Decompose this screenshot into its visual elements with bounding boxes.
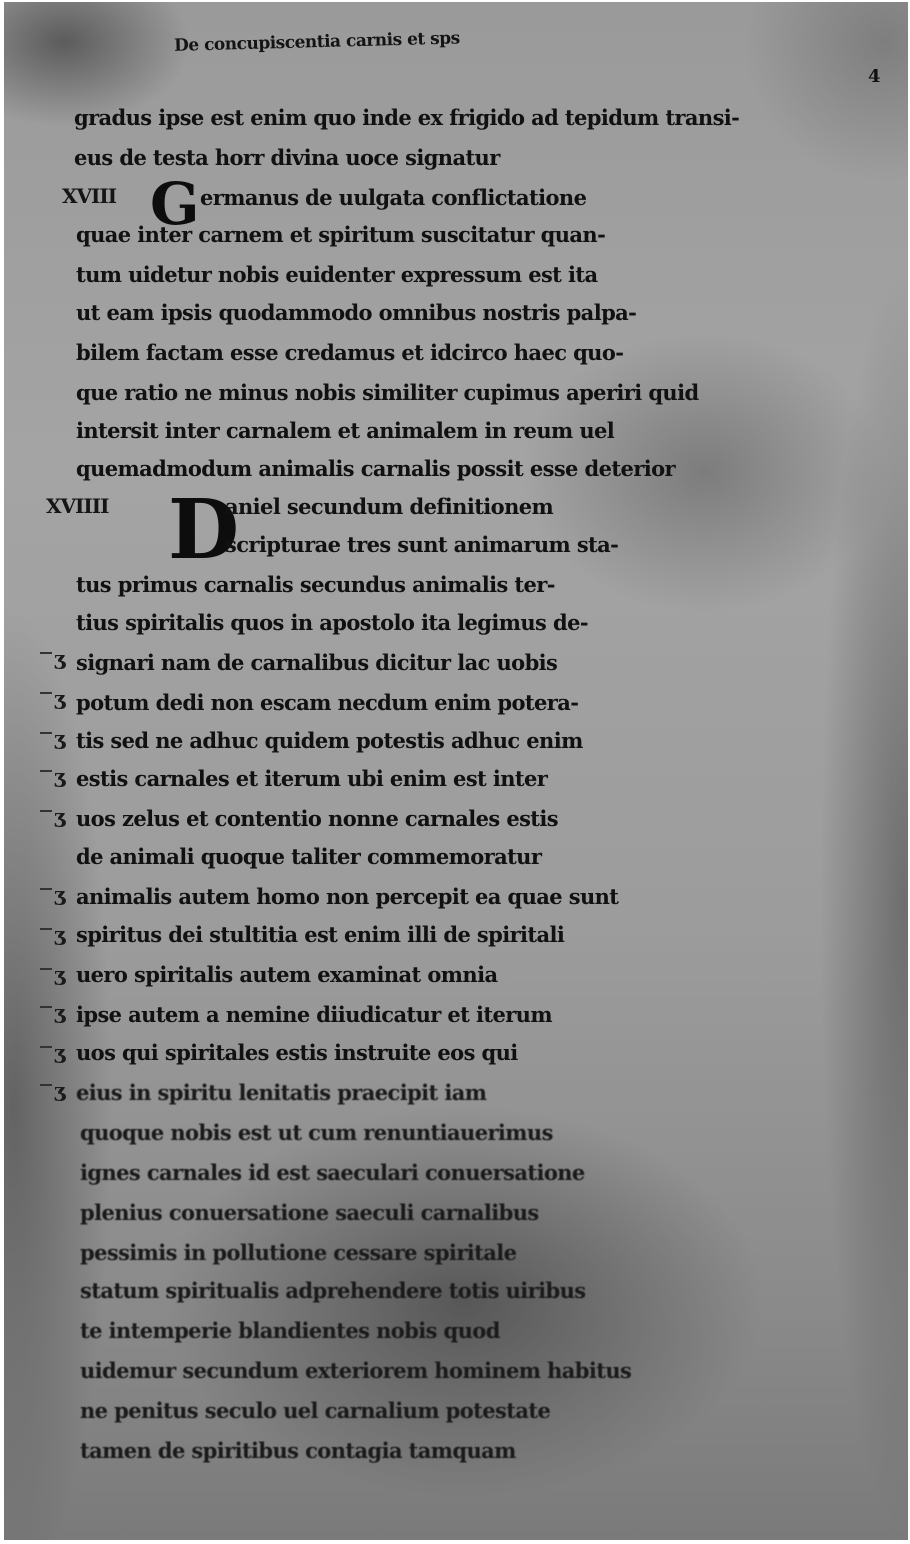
- text-line: uidemur secundum exteriorem hominem habi…: [80, 1358, 631, 1383]
- citation-mark: ʒ: [54, 962, 66, 988]
- chapter-number: XVIIII: [46, 494, 108, 518]
- text-line: Gradus ipse est enim quo inde ex frigido…: [74, 105, 739, 130]
- text-line: plenius conuersatione saeculi carnalibus: [80, 1200, 539, 1225]
- text-line: statum spiritualis adprehendere totis ui…: [80, 1278, 585, 1303]
- text-line: que ratio ne minus nobis similiter cupim…: [76, 380, 699, 405]
- text-line: ne penitus seculo uel carnalium potestat…: [80, 1398, 550, 1423]
- text-line: te intemperie blandientes nobis quod: [80, 1318, 500, 1343]
- text-line: animalis autem homo non percepit ea quae…: [76, 884, 618, 909]
- text-line: estis carnales et iterum ubi enim est in…: [76, 766, 547, 791]
- text-line: bilem factam esse credamus et idcirco ha…: [76, 340, 623, 365]
- citation-mark: ʒ: [54, 1000, 66, 1026]
- citation-mark: ʒ: [54, 804, 66, 830]
- text-line: tamen de spiritibus contagia tamquam: [80, 1438, 516, 1463]
- citation-mark: ʒ: [54, 1078, 66, 1104]
- text-line: eius in spiritu lenitatis praecipit iam: [76, 1080, 486, 1105]
- text-line: quoque nobis est ut cum renuntiauerimus: [80, 1120, 553, 1145]
- text-line: quemadmodum animalis carnalis possit ess…: [76, 456, 675, 481]
- text-line: potum dedi non escam necdum enim potera-: [76, 690, 578, 715]
- text-line: tum uidetur nobis euidenter expressum es…: [76, 262, 597, 287]
- text-line: uos zelus et contentio nonne carnales es…: [76, 806, 558, 831]
- text-line: tis sed ne adhuc quidem potestis adhuc e…: [76, 728, 583, 753]
- text-line: quae inter carnem et spiritum suscitatur…: [76, 222, 605, 247]
- text-line: signari nam de carnalibus dicitur lac uo…: [76, 650, 557, 675]
- text-line: ermanus de uulgata conflictatione: [200, 185, 586, 210]
- citation-mark: ʒ: [54, 764, 66, 790]
- citation-mark: ʒ: [54, 646, 66, 672]
- text-line: pessimis in pollutione cessare spiritale: [80, 1240, 516, 1265]
- citation-mark: ʒ: [54, 726, 66, 752]
- text-line: spiritus dei stultitia est enim illi de …: [76, 922, 564, 947]
- text-line: uero Spiritalis autem examinat omnia: [76, 962, 497, 987]
- citation-mark: ʒ: [54, 686, 66, 712]
- citation-mark: ʒ: [54, 882, 66, 908]
- citation-mark: ʒ: [54, 922, 66, 948]
- citation-mark: ʒ: [54, 1040, 66, 1066]
- text-line: intersit inter carnalem et animalem in r…: [76, 418, 614, 443]
- text-line: aniel secundum definitionem: [225, 494, 553, 519]
- chapter-number: XVIII: [62, 184, 116, 208]
- text-line: uos qui spiritales estis instruite eos q…: [76, 1040, 518, 1065]
- text-line: ipse autem a nemine diiudicatur et iteru…: [76, 1002, 552, 1027]
- text-line: ut eam ipsis quodammodo omnibus nostris …: [76, 300, 636, 325]
- text-block: XVIII G XVIIII D Gradus ipse est enim qu…: [0, 0, 910, 1544]
- text-line: De animali quoque taliter commemoratur: [76, 844, 541, 869]
- text-line: tius spiritalis quos in apostolo ita leg…: [76, 610, 588, 635]
- text-line: ignes carnales id est saeculari conuersa…: [80, 1160, 585, 1185]
- text-line: eus de testa horr divina uoce signatur: [74, 145, 500, 170]
- text-line: tus primus carnalis secundus animalis te…: [76, 572, 555, 597]
- text-line: scripturae tres sunt animarum sta-: [225, 532, 618, 557]
